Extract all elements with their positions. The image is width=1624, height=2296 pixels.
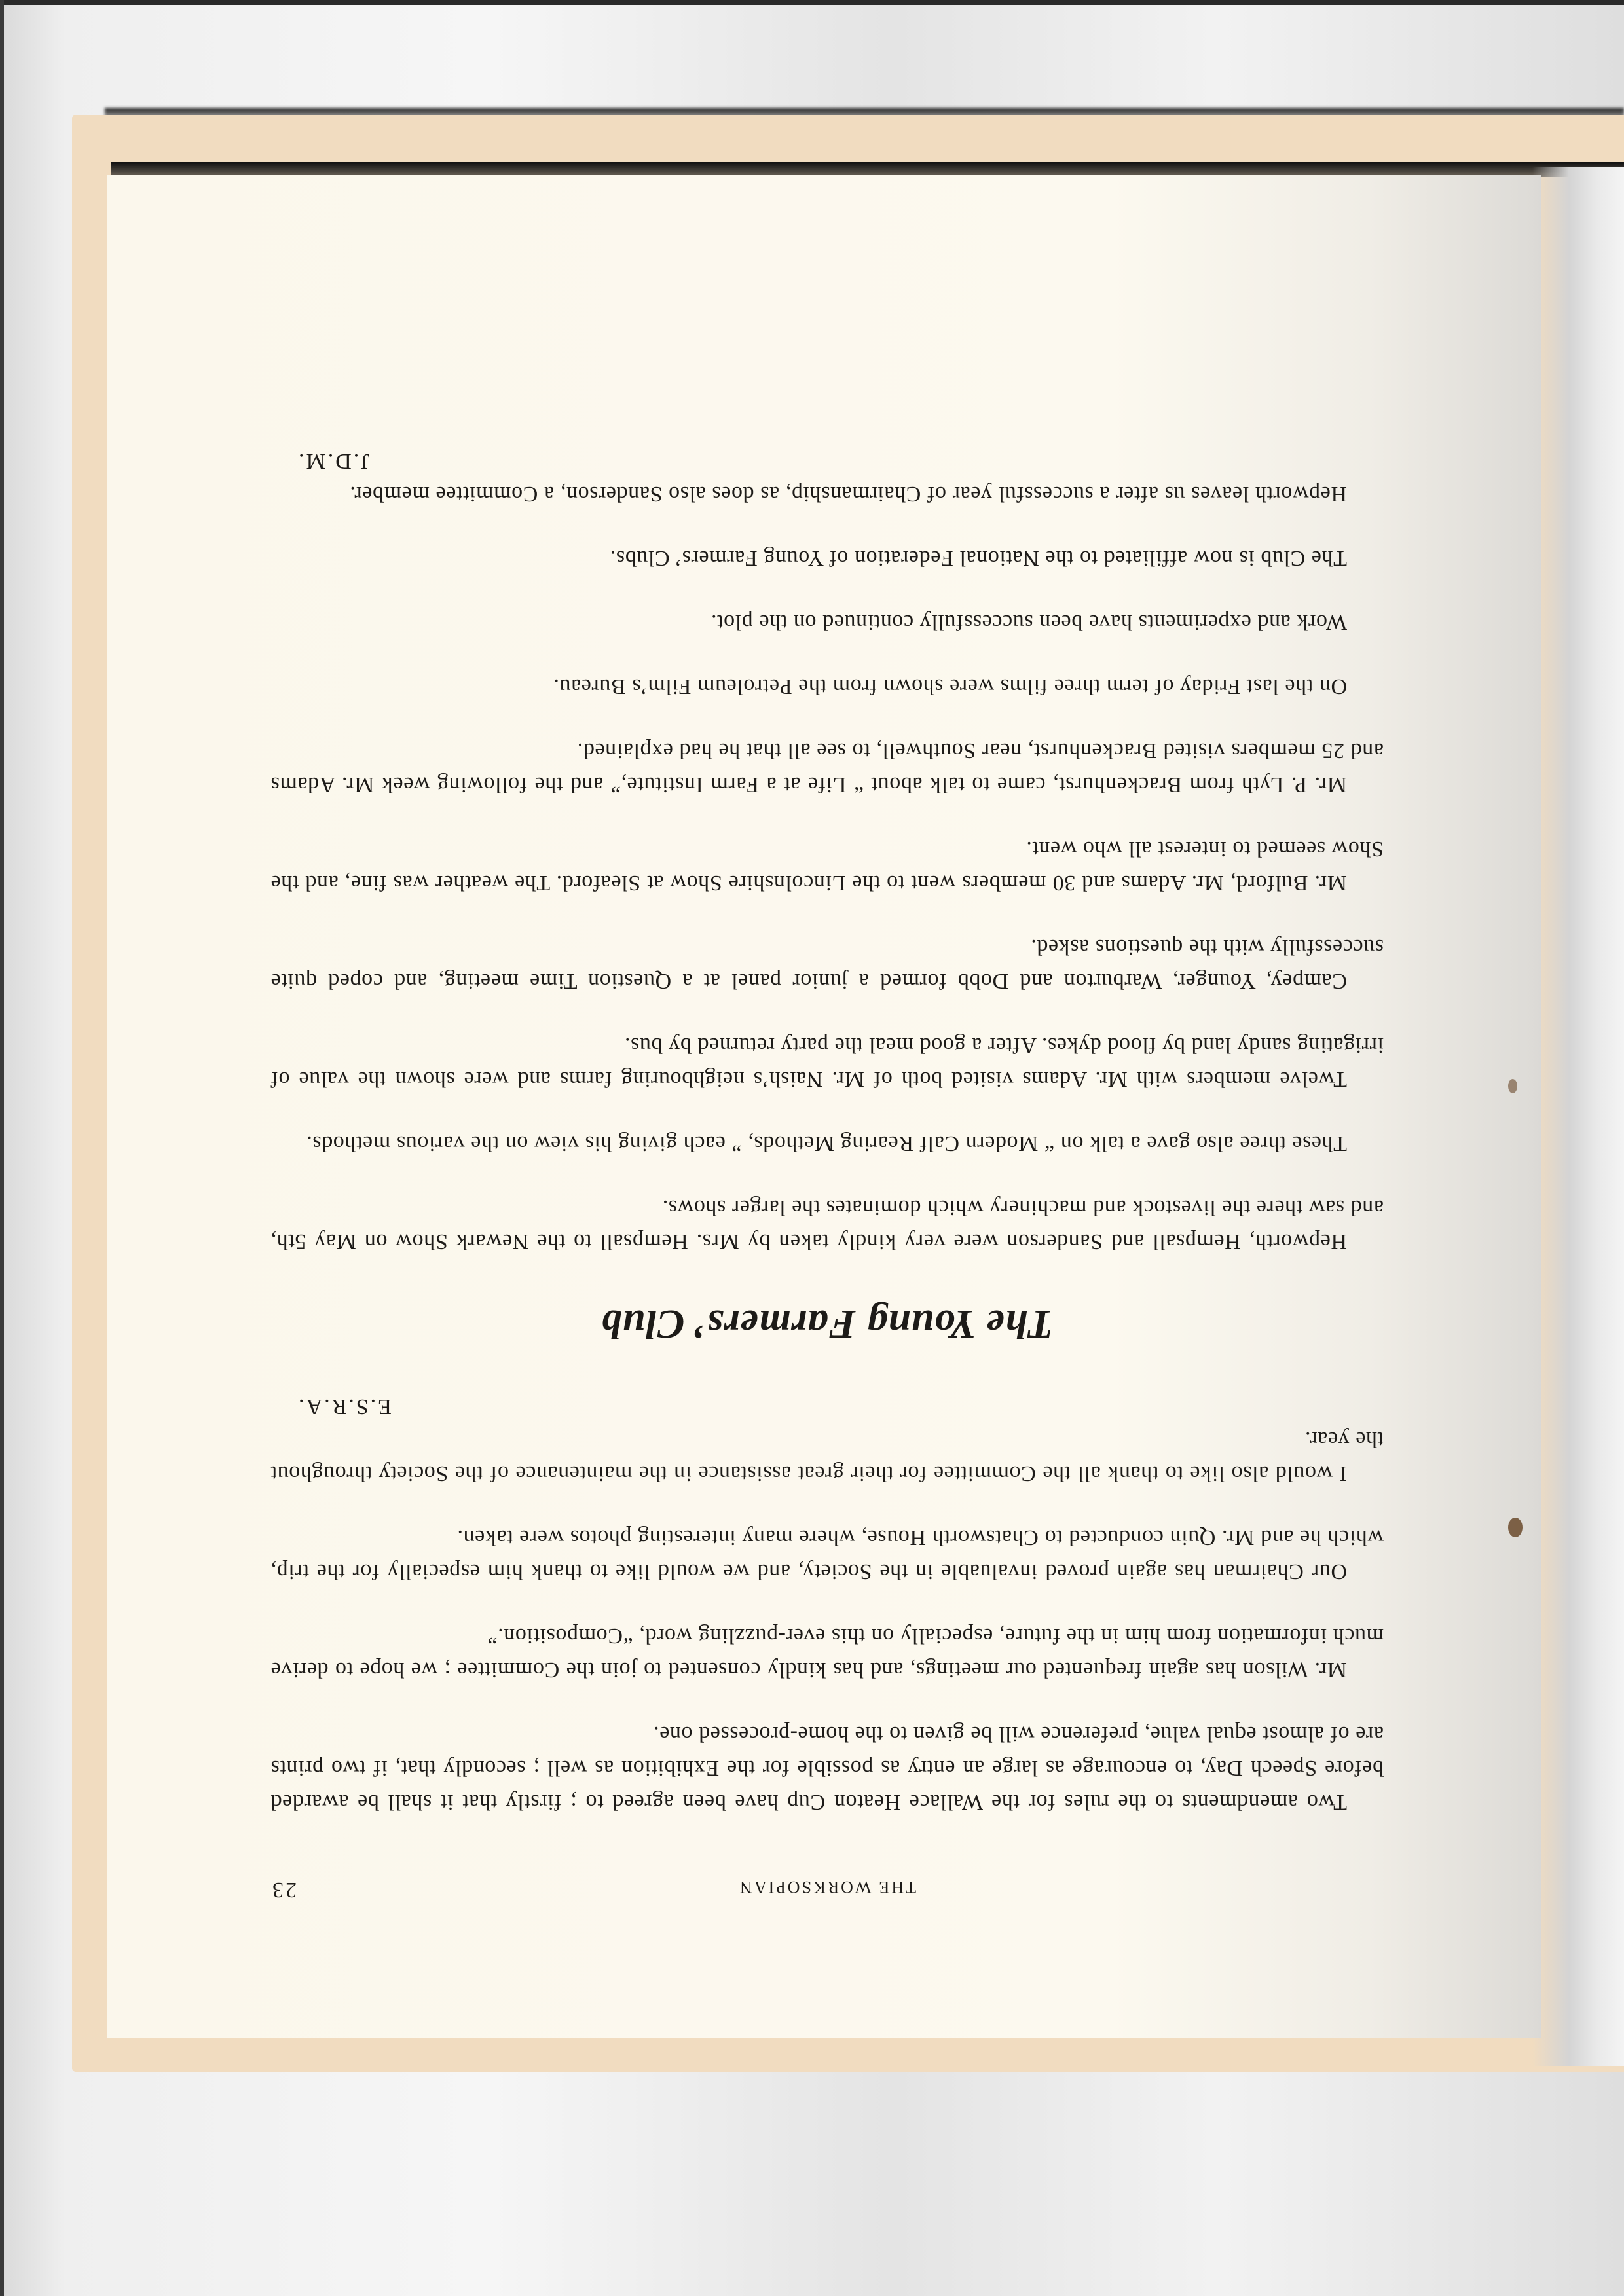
scanner-edge-left: [0, 0, 4, 2296]
printed-page: THE WORKSOPIAN 23 Two amendments to the …: [107, 175, 1541, 2038]
paragraph: Hepworth, Hempsall and Sanderson were ve…: [270, 1190, 1384, 1258]
running-head-title: THE WORKSOPIAN: [270, 1870, 1384, 1904]
book-gutter-shadow: [1532, 167, 1624, 2066]
foxing-spot: [1508, 1518, 1522, 1537]
page-top-shadow: [111, 162, 1624, 177]
paragraph: Work and experiments have been successfu…: [270, 605, 1384, 639]
paragraph: The Club is now affiliated to the Nation…: [270, 541, 1384, 575]
page-number: 23: [270, 1872, 297, 1906]
paragraph: Twelve members with Mr. Adams visited bo…: [270, 1028, 1384, 1096]
page-rotated-content: THE WORKSOPIAN 23 Two amendments to the …: [107, 175, 1541, 2038]
running-head: THE WORKSOPIAN 23: [270, 1871, 1384, 1904]
scanner-edge-top: [0, 0, 1624, 5]
author-initials: J.D.M.: [270, 444, 1384, 478]
paragraph: Our Chairman has again proved invaluable…: [270, 1520, 1384, 1588]
paragraph: Mr. Wilson has again frequented our meet…: [270, 1618, 1384, 1686]
foxing-spot: [1508, 1079, 1517, 1093]
paragraph: On the last Friday of term three films w…: [270, 669, 1384, 703]
paragraph: Two amendments to the rules for the Wall…: [270, 1717, 1384, 1819]
paragraph: Mr. P. Lyth from Brackenhurst, came to t…: [270, 733, 1384, 801]
paragraph: I would also like to thank all the Commi…: [270, 1422, 1384, 1490]
page-content: THE WORKSOPIAN 23 Two amendments to the …: [270, 405, 1384, 1904]
paragraph: Campey, Younger, Warburton and Dobb form…: [270, 930, 1384, 998]
paragraph: Mr. Bulford, Mr. Adams and 30 members we…: [270, 831, 1384, 900]
author-initials: E.S.R.A.: [270, 1389, 1384, 1423]
paragraph: Hepworth leaves us after a successful ye…: [270, 477, 1384, 511]
paragraph: These three also gave a talk on “ Modern…: [270, 1126, 1384, 1160]
article-title: The Young Farmers’ Club: [270, 1298, 1384, 1350]
young-farmers-club-report: The Young Farmers’ Club Hepworth, Hempsa…: [270, 444, 1384, 1350]
photographic-society-report: Two amendments to the rules for the Wall…: [270, 1389, 1384, 1819]
